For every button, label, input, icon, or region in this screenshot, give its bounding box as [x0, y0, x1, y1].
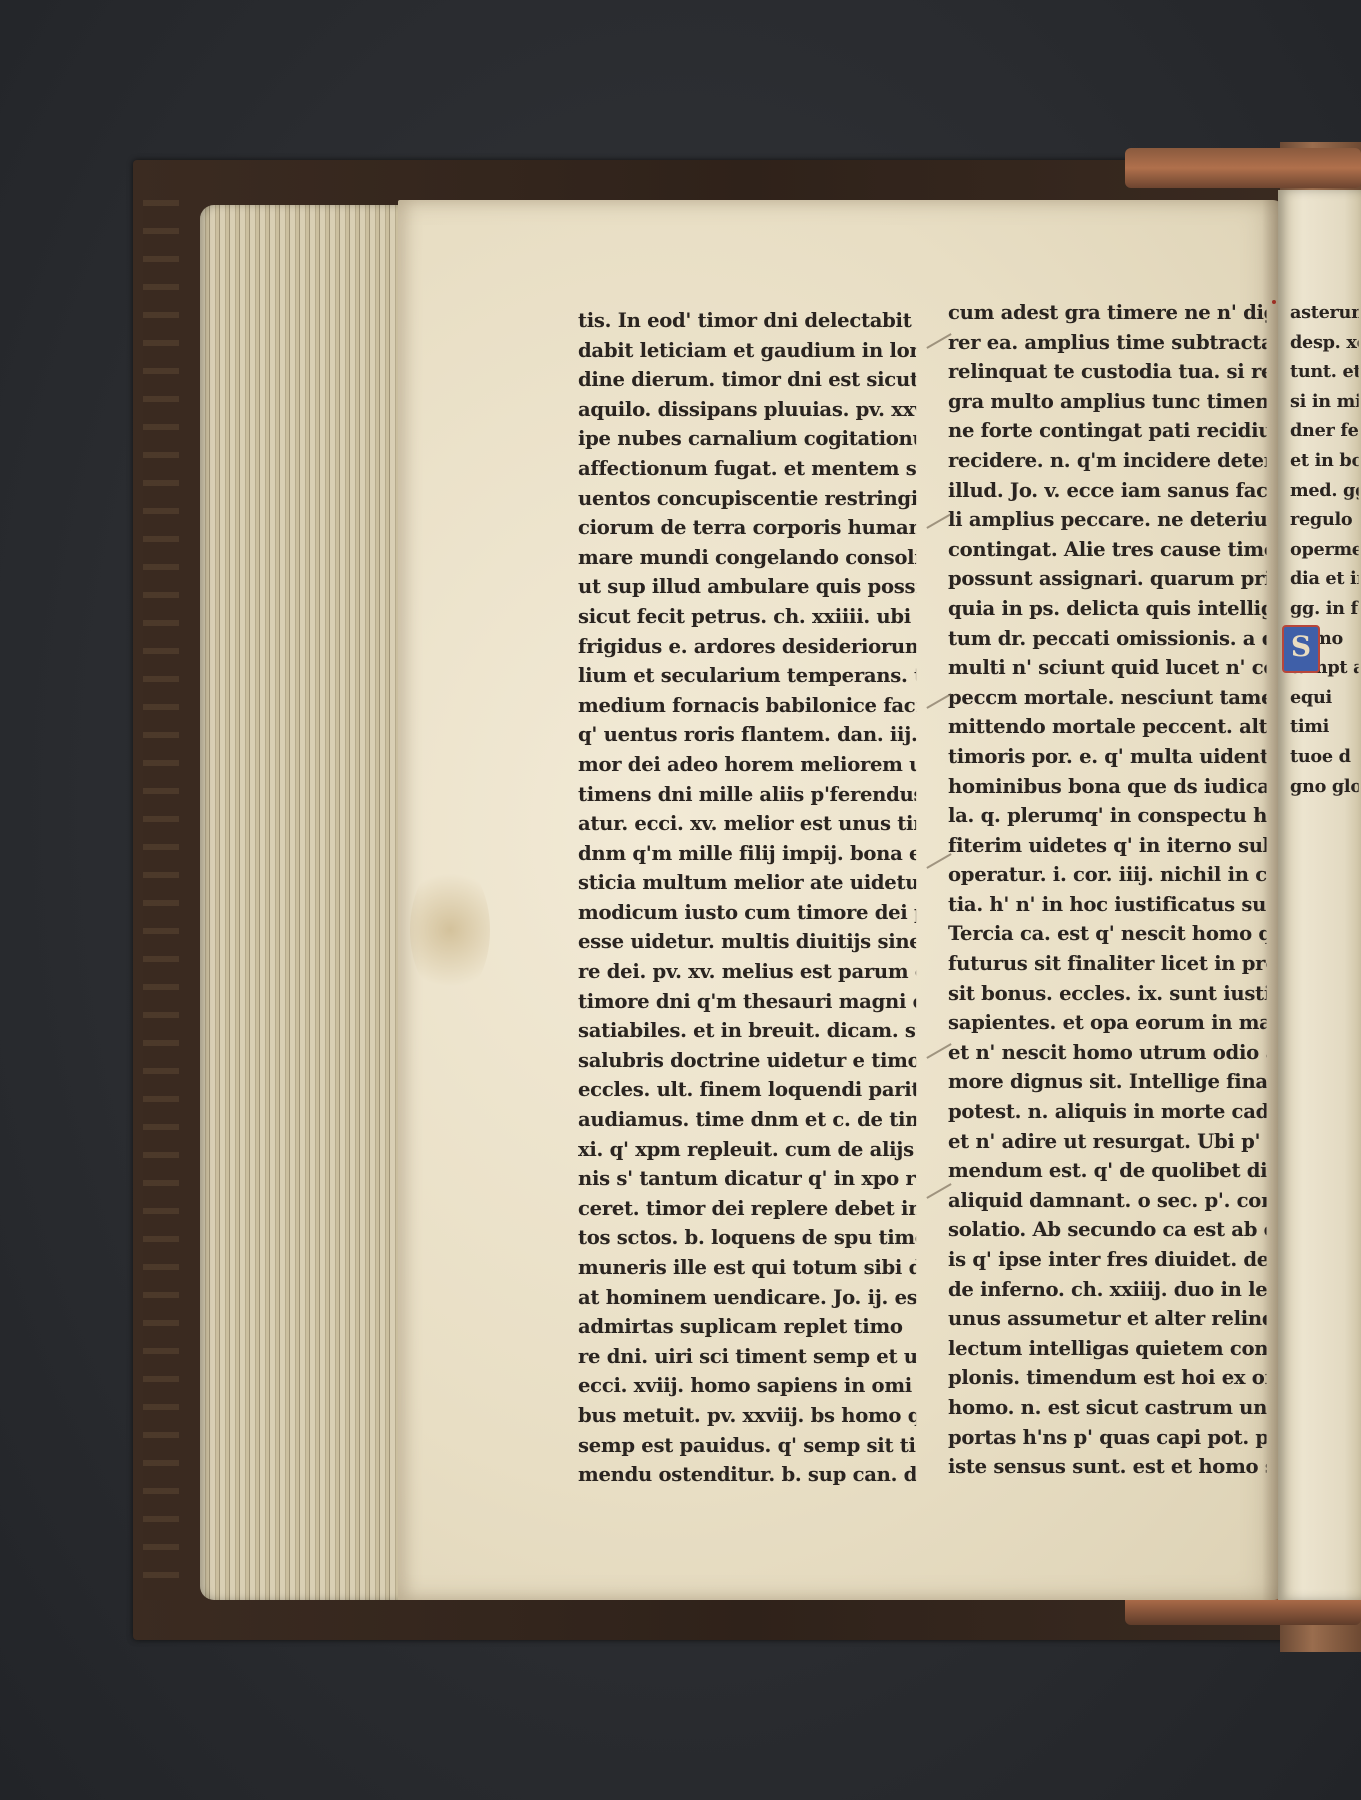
- text-line: contingat. Alie tres cause timoris: [948, 535, 1267, 565]
- text-line: gra multo amplius tunc timendum.: [948, 387, 1267, 417]
- text-line: portas h'ns p' quas capi pot. porte: [948, 1423, 1267, 1453]
- text-line: dabit leticiam et gaudium in longitu: [578, 336, 916, 366]
- text-line: sticia multum melior ate uidetur: [578, 868, 916, 898]
- text-line: atur. ecci. xv. melior est unus timens: [578, 809, 916, 839]
- text-line: ut sup illud ambulare quis possit.: [578, 572, 916, 602]
- text-line: medium fornacis babilonice facit: [578, 691, 916, 721]
- text-line: re dni. uiri sci timent semp et ug: [578, 1342, 916, 1372]
- text-line: fiterim uidetes q' in iterno sub gen: [948, 831, 1267, 861]
- text-line: regulo: [1290, 505, 1359, 535]
- text-line: more dignus sit. Intellige finaliter.: [948, 1067, 1267, 1097]
- right-text-column: cum adest gra timere ne n' digne opsrer …: [948, 298, 1273, 1482]
- text-line: nis s' tantum dicatur q' in xpo requie: [578, 1164, 916, 1194]
- text-line: mendu ostenditur. b. sup can. dicens.: [578, 1460, 916, 1490]
- text-line: modicum iusto cum timore dei p'ferendus: [578, 898, 916, 928]
- text-line: asterum: [1290, 298, 1359, 328]
- text-line: de inferno. ch. xxiiij. duo in lecto: [948, 1275, 1267, 1305]
- text-line: ne forte contingat pati recidiuam.: [948, 416, 1267, 446]
- text-line: dine dierum. timor dni est sicut uentus: [578, 365, 916, 395]
- text-line: recidere. n. q'm incidere deterius est. …: [948, 446, 1267, 476]
- text-line: aquilo. dissipans pluuias. pv. xxv.: [578, 395, 916, 425]
- text-line: ceret. timor dei replere debet in: [578, 1194, 916, 1224]
- text-line: med. gg: [1290, 476, 1359, 506]
- text-line: operme: [1290, 535, 1359, 565]
- text-line: operatur. i. cor. iiij. nichil in consci…: [948, 860, 1267, 890]
- text-line: tos sctos. b. loquens de spu timoris: [578, 1223, 916, 1253]
- text-line: aliquid damnant. o sec. p'. con: [948, 1186, 1267, 1216]
- text-line: timens dni mille aliis p'ferendus uide: [578, 780, 916, 810]
- text-line: bus metuit. pv. xxviij. bs homo q': [578, 1401, 916, 1431]
- text-line: mittendo mortale peccent. alta: [948, 712, 1267, 742]
- text-line: peccm mortale. nesciunt tamen utrum o: [948, 683, 1267, 713]
- text-line: gg. in fo: [1290, 594, 1359, 624]
- text-line: ecci. xviij. homo sapiens in omi: [578, 1371, 916, 1401]
- text-line: Tercia ca. est q' nescit homo qualis: [948, 919, 1267, 949]
- text-line: audiamus. time dnm et c. de timore dic. …: [578, 1105, 916, 1135]
- illuminated-initial: S: [1282, 625, 1320, 673]
- text-line: dia et in: [1290, 564, 1359, 594]
- text-line: timoris por. e. q' multa uidentur: [948, 742, 1267, 772]
- text-line: iste sensus sunt. est et homo sicut: [948, 1452, 1267, 1482]
- text-line: mendum est. q' de quolibet dicitur: [948, 1156, 1267, 1186]
- text-line: timi: [1290, 712, 1359, 742]
- text-line: tis. In eod' timor dni delectabit cor. e…: [578, 306, 916, 336]
- text-line: semp est pauidus. q' semp sit ti: [578, 1431, 916, 1461]
- text-line: lium et secularium temperans. timor: [578, 661, 916, 691]
- text-line: admirtas suplicam replet timo: [578, 1312, 916, 1342]
- recto-text-fragment: asterumdesp. xemtunt. etsi in midner fet…: [1290, 298, 1360, 801]
- text-line: affectionum fugat. et mentem serenat.: [578, 454, 916, 484]
- text-line: rer ea. amplius time subtracta gra q': [948, 328, 1267, 358]
- text-line: li amplius peccare. ne deterius t' ali: [948, 505, 1267, 535]
- text-line: mare mundi congelando consolidat.: [578, 543, 916, 573]
- text-line: multi n' sciunt quid lucet n' committunt: [948, 653, 1267, 683]
- text-line: tunt. et: [1290, 357, 1359, 387]
- text-line: sicut fecit petrus. ch. xxiiii. ubi timo…: [578, 602, 916, 632]
- text-line: hominibus bona que ds iudicat esse mala.: [948, 772, 1267, 802]
- rubric-mark: [1272, 300, 1276, 304]
- text-line: ciorum de terra corporis humani extermin…: [578, 513, 916, 543]
- text-line: xi. q' xpm repleuit. cum de alijs do: [578, 1135, 916, 1165]
- text-line: si in mi: [1290, 387, 1359, 417]
- text-line: re dei. pv. xv. melius est parum cum: [578, 957, 916, 987]
- text-line: quia in ps. delicta quis intellig. delic: [948, 594, 1267, 624]
- text-line: relinquat te custodia tua. si redierit: [948, 357, 1267, 387]
- binding-tooling-decoration: [143, 200, 179, 1600]
- text-line: q' uentus roris flantem. dan. iij. ti: [578, 720, 916, 750]
- text-line: frigidus e. ardores desideriorum carna: [578, 632, 916, 662]
- text-line: tum dr. peccati omissionis. a delinquend…: [948, 624, 1267, 654]
- text-line: at hominem uendicare. Jo. ij. est q': [578, 1283, 916, 1313]
- text-line: salubris doctrine uidetur e timor dei.: [578, 1046, 916, 1076]
- text-line: possunt assignari. quarum prima est: [948, 564, 1267, 594]
- text-line: satiabiles. et in breuit. dicam. sunt: [578, 1016, 916, 1046]
- text-line: eccles. ult. finem loquendi pariter omne…: [578, 1075, 916, 1105]
- text-line: uentos concupiscentie restringit. reptil…: [578, 484, 916, 514]
- spine-headband: [1125, 148, 1361, 188]
- text-line: gno glo: [1290, 772, 1359, 802]
- text-line: et n' nescit homo utrum odio an a: [948, 1038, 1267, 1068]
- text-line: lectum intelligas quietem contem: [948, 1334, 1267, 1364]
- text-line: unus assumetur et alter relinquet.: [948, 1304, 1267, 1334]
- left-text-column: tis. In eod' timor dni delectabit cor. e…: [578, 306, 923, 1490]
- text-line: et in bo: [1290, 446, 1359, 476]
- text-line: plonis. timendum est hoi ex omni pte.: [948, 1363, 1267, 1393]
- text-line: sit bonus. eccles. ix. sunt iusti atq': [948, 979, 1267, 1009]
- text-line: timore dni q'm thesauri magni et in: [578, 987, 916, 1017]
- text-line: sapientes. et opa eorum in manu dei.: [948, 1008, 1267, 1038]
- text-line: tia. h' n' in hoc iustificatus sum.: [948, 890, 1267, 920]
- text-line: muneris ille est qui totum sibi dele: [578, 1253, 916, 1283]
- text-line: tuoe d: [1290, 742, 1359, 772]
- text-line: ipe nubes carnalium cogitationum et: [578, 424, 916, 454]
- text-line: mor dei adeo horem meliorem uti: [578, 750, 916, 780]
- text-line: homo. n. est sicut castrum undiq': [948, 1393, 1267, 1423]
- text-line: futurus sit finaliter licet in presenti: [948, 949, 1267, 979]
- text-line: equi: [1290, 683, 1359, 713]
- text-line: potest. n. aliquis in morte cadere.: [948, 1097, 1267, 1127]
- text-line: dnm q'm mille filij impij. bona est: [578, 839, 916, 869]
- text-line: illud. Jo. v. ecce iam sanus factus es n…: [948, 476, 1267, 506]
- text-line: la. q. plerumq' in conspectu hominum: [948, 801, 1267, 831]
- text-line: solatio. Ab secundo ca est ab oc'is me: [948, 1215, 1267, 1245]
- text-line: desp. xem: [1290, 328, 1359, 358]
- text-line: esse uidetur. multis diuitijs sine timo: [578, 927, 916, 957]
- text-line: is q' ipse inter fres diuidet. de loq': [948, 1245, 1267, 1275]
- fore-edge-page-stack: [200, 205, 410, 1600]
- text-line: cum adest gra timere ne n' digne ops: [948, 298, 1267, 328]
- text-line: et n' adire ut resurgat. Ubi p' ti: [948, 1127, 1267, 1157]
- text-line: dner fet: [1290, 416, 1359, 446]
- parchment-stain: [410, 860, 490, 1000]
